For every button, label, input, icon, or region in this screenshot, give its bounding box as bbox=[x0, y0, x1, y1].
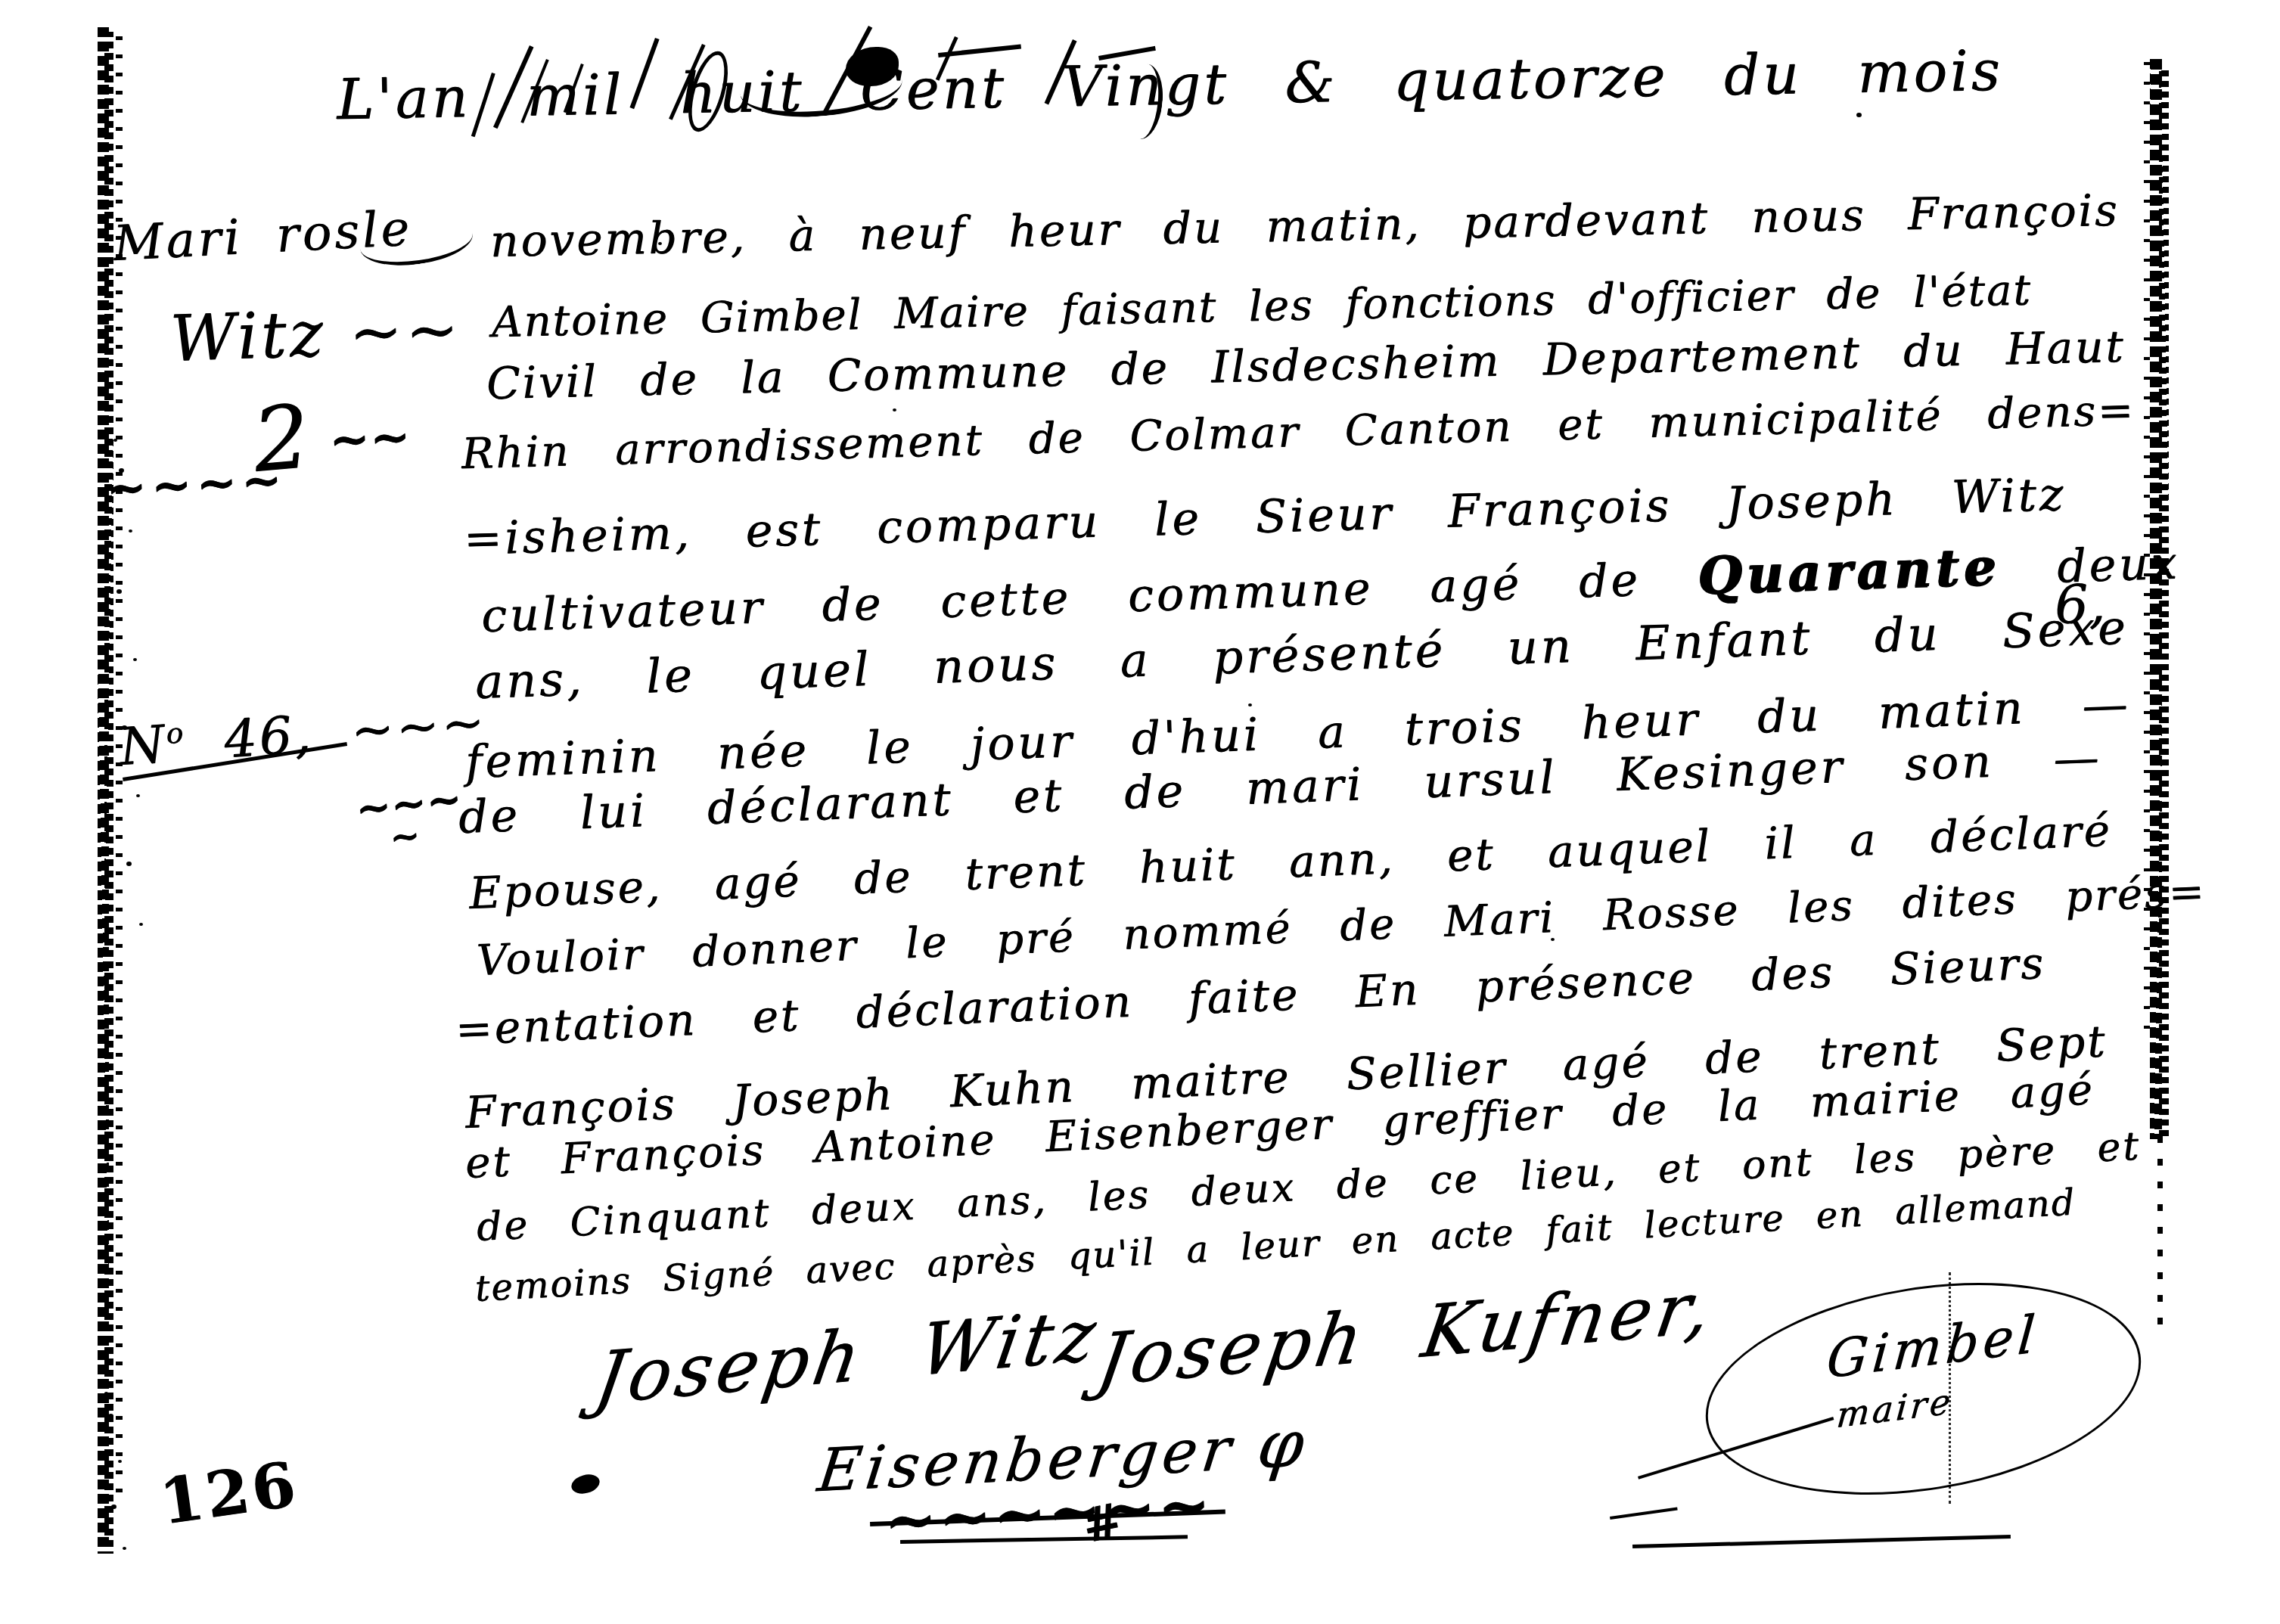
overwritten-word: Quarante bbox=[1696, 536, 2001, 606]
margin-flourish: ~~~~ bbox=[104, 454, 287, 517]
scan-edge-right bbox=[2144, 59, 2177, 1139]
bottom-rule bbox=[1632, 1535, 2011, 1548]
margin-flourish: ~ bbox=[387, 815, 422, 859]
mayor-signature-tail bbox=[1610, 1507, 1678, 1519]
scan-edge-right-lower bbox=[2157, 1136, 2168, 1327]
signature-joseph-kuhn: Joseph Kufner, bbox=[1092, 1268, 1720, 1401]
text-line: L'an mil huit Cent Vingt & quatorze du m… bbox=[336, 41, 2003, 132]
record-no-prefix: N bbox=[117, 715, 169, 778]
ink-speckles bbox=[104, 1392, 108, 1395]
signature-clerk-paraph: φ bbox=[1253, 1405, 1312, 1484]
margin-child-name-line2: Witz ~~ bbox=[169, 294, 462, 374]
page-number: 126 bbox=[156, 1450, 303, 1537]
margin-record-number: No 46, ~~~ bbox=[117, 694, 488, 777]
scanned-register-page: Mari rosle Witz ~~ 2 ~~ ~~~~ No 46, ~~~ … bbox=[0, 0, 2280, 1624]
text-line: novembre, à neuf heur du matin, pardevan… bbox=[489, 187, 2120, 266]
record-no-sup: o bbox=[165, 716, 187, 750]
ink-blot bbox=[570, 1471, 602, 1496]
margin-flourish: ~~ bbox=[328, 410, 412, 467]
signature-joseph-witz: Joseph Witz bbox=[590, 1296, 1105, 1419]
ink-speckles bbox=[113, 439, 117, 442]
